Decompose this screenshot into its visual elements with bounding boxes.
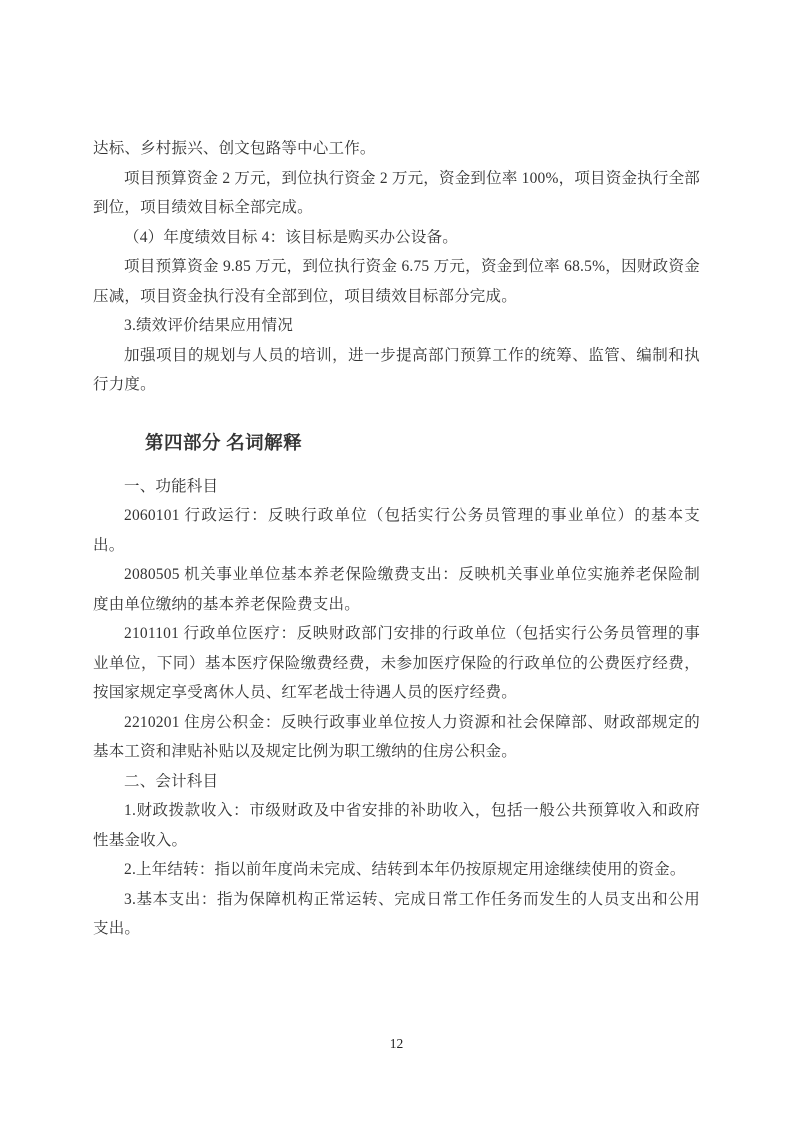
paragraph: 项目预算资金 2 万元，到位执行资金 2 万元，资金到位率 100%，项目资金执… <box>93 164 700 223</box>
paragraph: 二、会计科目 <box>93 767 700 797</box>
paragraph: 3.基本支出：指为保障机构正常运转、完成日常工作任务而发生的人员支出和公用支出。 <box>93 885 700 944</box>
paragraph: 2101101 行政单位医疗：反映财政部门安排的行政单位（包括实行公务员管理的事… <box>93 619 700 708</box>
paragraph: 2060101 行政运行：反映行政单位（包括实行公务员管理的事业单位）的基本支出… <box>93 501 700 560</box>
paragraph: （4）年度绩效目标 4：该目标是购买办公设备。 <box>93 223 700 253</box>
document-page: 达标、乡村振兴、创文包路等中心工作。项目预算资金 2 万元，到位执行资金 2 万… <box>0 0 793 1122</box>
paragraph: 1.财政拨款收入：市级财政及中省安排的补助收入，包括一般公共预算收入和政府性基金… <box>93 796 700 855</box>
section-heading: 第四部分 名词解释 <box>93 429 700 460</box>
paragraph: 2080505 机关事业单位基本养老保险缴费支出：反映机关事业单位实施养老保险制… <box>93 560 700 619</box>
paragraph: 2210201 住房公积金：反映行政事业单位按人力资源和社会保障部、财政部规定的… <box>93 708 700 767</box>
paragraph: 加强项目的规划与人员的培训，进一步提高部门预算工作的统筹、监管、编制和执行力度。 <box>93 341 700 400</box>
paragraph: 一、功能科目 <box>93 472 700 502</box>
paragraph: 2.上年结转：指以前年度尚未完成、结转到本年仍按原规定用途继续使用的资金。 <box>93 855 700 885</box>
page-number: 12 <box>0 1034 793 1054</box>
paragraph: 达标、乡村振兴、创文包路等中心工作。 <box>93 134 700 164</box>
document-body: 达标、乡村振兴、创文包路等中心工作。项目预算资金 2 万元，到位执行资金 2 万… <box>93 134 700 944</box>
paragraph: 项目预算资金 9.85 万元，到位执行资金 6.75 万元，资金到位率 68.5… <box>93 252 700 311</box>
paragraph: 3.绩效评价结果应用情况 <box>93 311 700 341</box>
